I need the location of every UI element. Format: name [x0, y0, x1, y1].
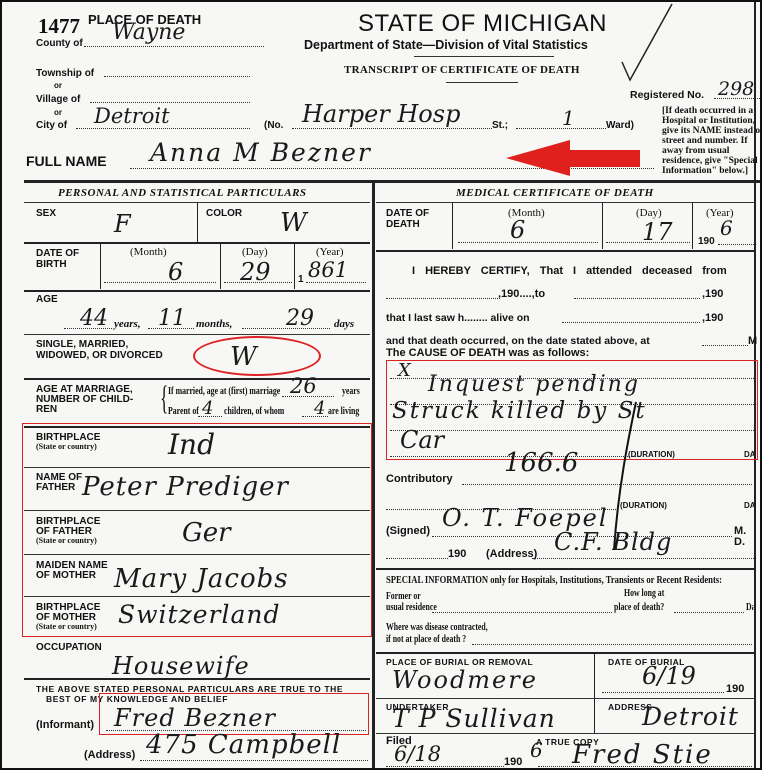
how-long-days: Days — [746, 602, 754, 613]
last-saw-190: ,190 — [702, 313, 723, 324]
mother-birthplace-state-country: (State or country) — [36, 622, 97, 631]
true-copy-signature[interactable]: Fred Stie — [572, 740, 713, 770]
living-count-value[interactable]: 4 — [314, 398, 325, 419]
checkmark-icon — [618, 2, 678, 82]
sex-value[interactable]: F — [114, 210, 131, 238]
personal-heading: PERSONAL AND STATISTICAL PARTICULARS — [58, 187, 307, 199]
md-label: M. D. — [734, 526, 760, 548]
dod-divider-3 — [692, 203, 693, 249]
full-name-label: FULL NAME — [26, 156, 107, 167]
ward-value[interactable]: 1 — [562, 106, 575, 130]
attended-190-end: ,190 — [702, 289, 723, 300]
cause-label: The CAUSE OF DEATH was as follows: — [386, 348, 589, 359]
title-rule-1 — [414, 56, 554, 57]
registered-no-label: Registered No. — [630, 90, 704, 101]
column-divider — [372, 182, 375, 770]
dod-divider-1 — [452, 203, 453, 249]
special-info-rule — [376, 652, 754, 654]
dod-label: DATE OF DEATH — [386, 208, 446, 230]
contributory-line — [462, 484, 752, 485]
undertaker-value[interactable]: T P Sullivan — [392, 704, 556, 733]
or-label-2: or — [54, 108, 62, 117]
occupation-value[interactable]: Housewife — [112, 652, 250, 680]
ward-label: Ward) — [606, 120, 634, 131]
burial-row-rule — [376, 698, 754, 699]
marital-label-1: SINGLE, MARRIED, — [36, 339, 128, 350]
registered-no-value[interactable]: 298 — [718, 78, 754, 100]
father-name-label-2: FATHER — [36, 482, 75, 493]
burial-date-line — [602, 692, 724, 693]
informant-address-value[interactable]: 475 Campbell — [146, 730, 341, 760]
dod-divider-2 — [602, 203, 603, 249]
form-number: 1477 — [38, 14, 80, 39]
department-title: Department of State—Division of Vital St… — [304, 38, 588, 52]
hospital-note: [If death occurred in a Hospital or Inst… — [662, 106, 762, 186]
are-living-text: are living — [328, 406, 359, 417]
birthplace-value[interactable]: Ind — [168, 428, 215, 461]
dod-month-value[interactable]: 6 — [510, 216, 525, 244]
dob-month-label: (Month) — [130, 246, 167, 258]
transcript-title: TRANSCRIPT OF CERTIFICATE OF DEATH — [344, 64, 580, 76]
ward-line — [516, 128, 606, 129]
informant-label: (Informant) — [36, 720, 94, 731]
attended-190-to: ,190....,to — [498, 289, 545, 300]
dob-row-rule — [24, 290, 370, 292]
father-name-value[interactable]: Peter Prediger — [82, 472, 289, 502]
cause-code-value: 166.6 — [504, 448, 578, 478]
county-line — [84, 46, 264, 47]
undertaker-divider — [594, 699, 595, 733]
dob-divider-2 — [220, 243, 221, 289]
former-residence-label-1: Former or — [386, 591, 421, 602]
burial-place-value[interactable]: Woodmere — [392, 666, 538, 694]
dod-month-line — [458, 242, 598, 243]
sex-row-rule — [24, 242, 370, 244]
city-line — [76, 128, 250, 129]
dob-year-line — [306, 282, 366, 283]
children-text: children, of whom — [224, 406, 284, 417]
occupation-rule — [24, 678, 370, 680]
informant-address-line — [140, 760, 368, 761]
full-name-divider — [24, 180, 762, 183]
death-certificate-page: 1477 PLACE OF DEATH County of Wayne Town… — [0, 0, 762, 770]
disease-contracted-label-2: if not at place of death ? — [386, 634, 466, 645]
undertaker-address-value[interactable]: Detroit — [642, 702, 739, 731]
dod-day-value[interactable]: 17 — [642, 218, 673, 246]
mother-maiden-rule — [24, 596, 370, 597]
dob-year-value[interactable]: 861 — [308, 258, 348, 282]
cause-line-3-value[interactable]: Car — [400, 426, 444, 454]
burial-date-year: 190 — [726, 684, 744, 695]
city-label: City of — [36, 120, 67, 131]
certify-text: I HEREBY CERTIFY, That I attended deceas… — [412, 266, 727, 277]
age-years-value[interactable]: 44 — [80, 306, 108, 331]
dob-year-label: (Year) — [316, 246, 344, 258]
mother-maiden-value[interactable]: Mary Jacobs — [114, 564, 289, 594]
cause-x-mark: X — [398, 360, 411, 381]
occurred-m: M — [748, 336, 757, 347]
marital-highlight-oval — [193, 336, 321, 376]
full-name-value[interactable]: Anna M Bezner — [150, 138, 372, 167]
undertaker-row-rule — [376, 733, 754, 734]
or-label-1: or — [54, 81, 62, 90]
special-info-heading: SPECIAL INFORMATION only for Hospitals, … — [386, 574, 722, 586]
street-line — [292, 128, 492, 129]
birthplace-state-country: (State or country) — [36, 442, 97, 451]
how-long-label-2: place of death? — [614, 602, 664, 613]
dob-divider-1 — [100, 243, 101, 289]
village-label: Village of — [36, 94, 80, 105]
dob-label: DATE OF BIRTH — [36, 248, 96, 270]
informant-address-label: (Address) — [84, 750, 135, 761]
color-value[interactable]: W — [280, 208, 307, 238]
marital-row-rule — [24, 378, 370, 380]
dob-day-label: (Day) — [242, 246, 268, 258]
document-title: STATE OF MICHIGAN — [358, 10, 607, 38]
marital-label-2: WIDOWED, OR DIVORCED — [36, 350, 163, 361]
dod-year-line — [718, 244, 754, 245]
marital-value[interactable]: W — [230, 342, 257, 372]
cause-days-label: DAYS — [744, 450, 756, 459]
sex-color-divider — [197, 202, 198, 242]
age-marriage-label-3: REN — [36, 404, 57, 415]
burial-divider — [594, 654, 595, 698]
medical-heading: MEDICAL CERTIFICATE OF DEATH — [456, 187, 654, 199]
village-line — [90, 102, 250, 103]
how-long-line — [674, 612, 744, 613]
city-value[interactable]: Detroit — [94, 104, 170, 128]
contributory-days-label: DAYS — [744, 501, 756, 510]
signed-date-line — [386, 558, 448, 559]
burial-date-value[interactable]: 6/19 — [642, 662, 696, 690]
physician-address-line — [532, 558, 754, 559]
street-value[interactable]: Harper Hosp — [302, 100, 460, 128]
age-days-value[interactable]: 29 — [286, 306, 314, 331]
disease-contracted-label-1: Where was disease contracted, — [386, 622, 488, 633]
if-married-text: If married, age at (first) marriage — [168, 386, 280, 397]
mother-birthplace-value[interactable]: Switzerland — [118, 600, 281, 629]
red-arrow-icon — [506, 140, 640, 176]
township-line — [104, 76, 250, 77]
dob-year-prefix: 1 — [298, 274, 304, 285]
mother-maiden-label-2: OF MOTHER — [36, 570, 96, 581]
st-label: St.; — [492, 120, 508, 131]
father-birthplace-state-country: (State or country) — [36, 536, 97, 545]
filed-value[interactable]: 6/18 — [394, 742, 441, 766]
former-residence-line — [432, 612, 612, 613]
color-label: COLOR — [206, 208, 242, 219]
signed-row-rule — [376, 568, 754, 570]
signed-label: (Signed) — [386, 526, 430, 537]
medical-heading-rule — [376, 202, 754, 203]
last-saw-line — [562, 322, 700, 323]
age-label: AGE — [36, 294, 58, 305]
children-count-value[interactable]: 4 — [202, 398, 213, 419]
former-residence-label-2: usual residence — [386, 602, 437, 613]
title-rule-2 — [446, 82, 518, 83]
dod-row-rule — [376, 250, 754, 252]
dod-year-prefix: 190 — [698, 236, 715, 247]
county-value[interactable]: Wayne — [112, 20, 185, 45]
age-at-marriage-value[interactable]: 26 — [290, 374, 317, 398]
sex-label: SEX — [36, 208, 56, 219]
cause-line-3 — [390, 430, 754, 431]
years-label: years, — [114, 318, 141, 330]
disease-contracted-line — [472, 644, 752, 645]
filed-year: 190 — [504, 757, 522, 768]
occupation-label: OCCUPATION — [36, 642, 102, 653]
dob-day-value[interactable]: 29 — [240, 258, 271, 286]
age-months-value[interactable]: 11 — [158, 306, 186, 331]
filed-line — [386, 766, 504, 767]
father-name-rule — [24, 510, 370, 511]
attended-from-line — [386, 298, 498, 299]
contributory-duration-label: (DURATION) — [620, 501, 667, 510]
township-label: Township of — [36, 68, 94, 79]
dob-month-line — [104, 282, 216, 283]
how-long-label-1: How long at — [624, 588, 664, 599]
months-label: months, — [196, 318, 232, 330]
age-row-rule — [24, 334, 370, 335]
dod-year-value[interactable]: 6 — [720, 216, 733, 240]
marriage-years-text: years — [342, 386, 360, 397]
parent-of-text: Parent of — [168, 406, 199, 417]
dob-divider-3 — [294, 243, 295, 289]
signed-date-190: 190 — [448, 549, 466, 560]
dob-month-value[interactable]: 6 — [168, 258, 183, 286]
father-birthplace-rule — [24, 554, 370, 555]
cause-line-1-value[interactable]: Inquest pending — [428, 372, 640, 397]
attended-to-line — [574, 298, 700, 299]
father-birthplace-value[interactable]: Ger — [182, 518, 231, 548]
occurred-text: and that death occurred, on the date sta… — [386, 336, 650, 347]
physician-address-value[interactable]: C.F. Bldg — [554, 528, 672, 556]
contributory-label: Contributory — [386, 474, 453, 485]
last-saw-text: that I last saw h........ alive on — [386, 313, 530, 324]
street-no-label: (No. — [264, 120, 283, 131]
physician-address-label: (Address) — [486, 549, 537, 560]
county-label: County of — [36, 38, 83, 49]
occurred-line — [702, 345, 748, 346]
birthplace-rule — [24, 467, 370, 468]
informant-value[interactable]: Fred Bezner — [114, 704, 276, 732]
days-label: days — [334, 318, 354, 330]
